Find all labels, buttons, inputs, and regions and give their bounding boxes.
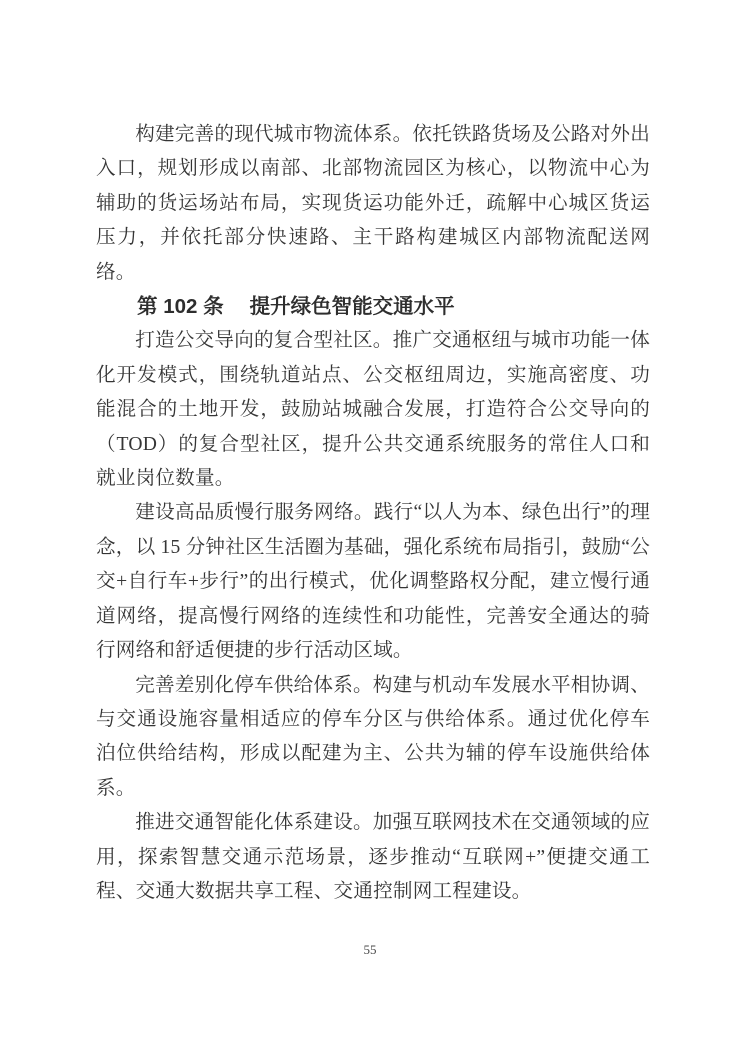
article-title: 提升绿色智能交通水平 [250,295,455,318]
paragraph-logistics: 构建完善的现代城市物流体系。依托铁路货场及公路对外出入口，规划形成以南部、北部物… [96,118,650,290]
document-text-block: 构建完善的现代城市物流体系。依托铁路货场及公路对外出入口，规划形成以南部、北部物… [96,118,650,909]
article-number-label: 第 102 条 [137,295,224,318]
page-number: 55 [0,942,740,958]
paragraph-smart-transport: 推进交通智能化体系建设。加强互联网技术在交通领域的应用，探索智慧交通示范场景，逐… [96,806,650,909]
document-page: 构建完善的现代城市物流体系。依托铁路货场及公路对外出入口，规划形成以南部、北部物… [0,0,740,1047]
paragraph-tod-community: 打造公交导向的复合型社区。推广交通枢纽与城市功能一体化开发模式，围绕轨道站点、公… [96,324,650,496]
paragraph-slow-travel-network: 建设高品质慢行服务网络。践行“以人为本、绿色出行”的理念，以 15 分钟社区生活… [96,496,650,668]
paragraph-parking-supply: 完善差别化停车供给体系。构建与机动车发展水平相协调、与交通设施容量相适应的停车分… [96,669,650,807]
article-heading: 第 102 条提升绿色智能交通水平 [96,290,650,324]
